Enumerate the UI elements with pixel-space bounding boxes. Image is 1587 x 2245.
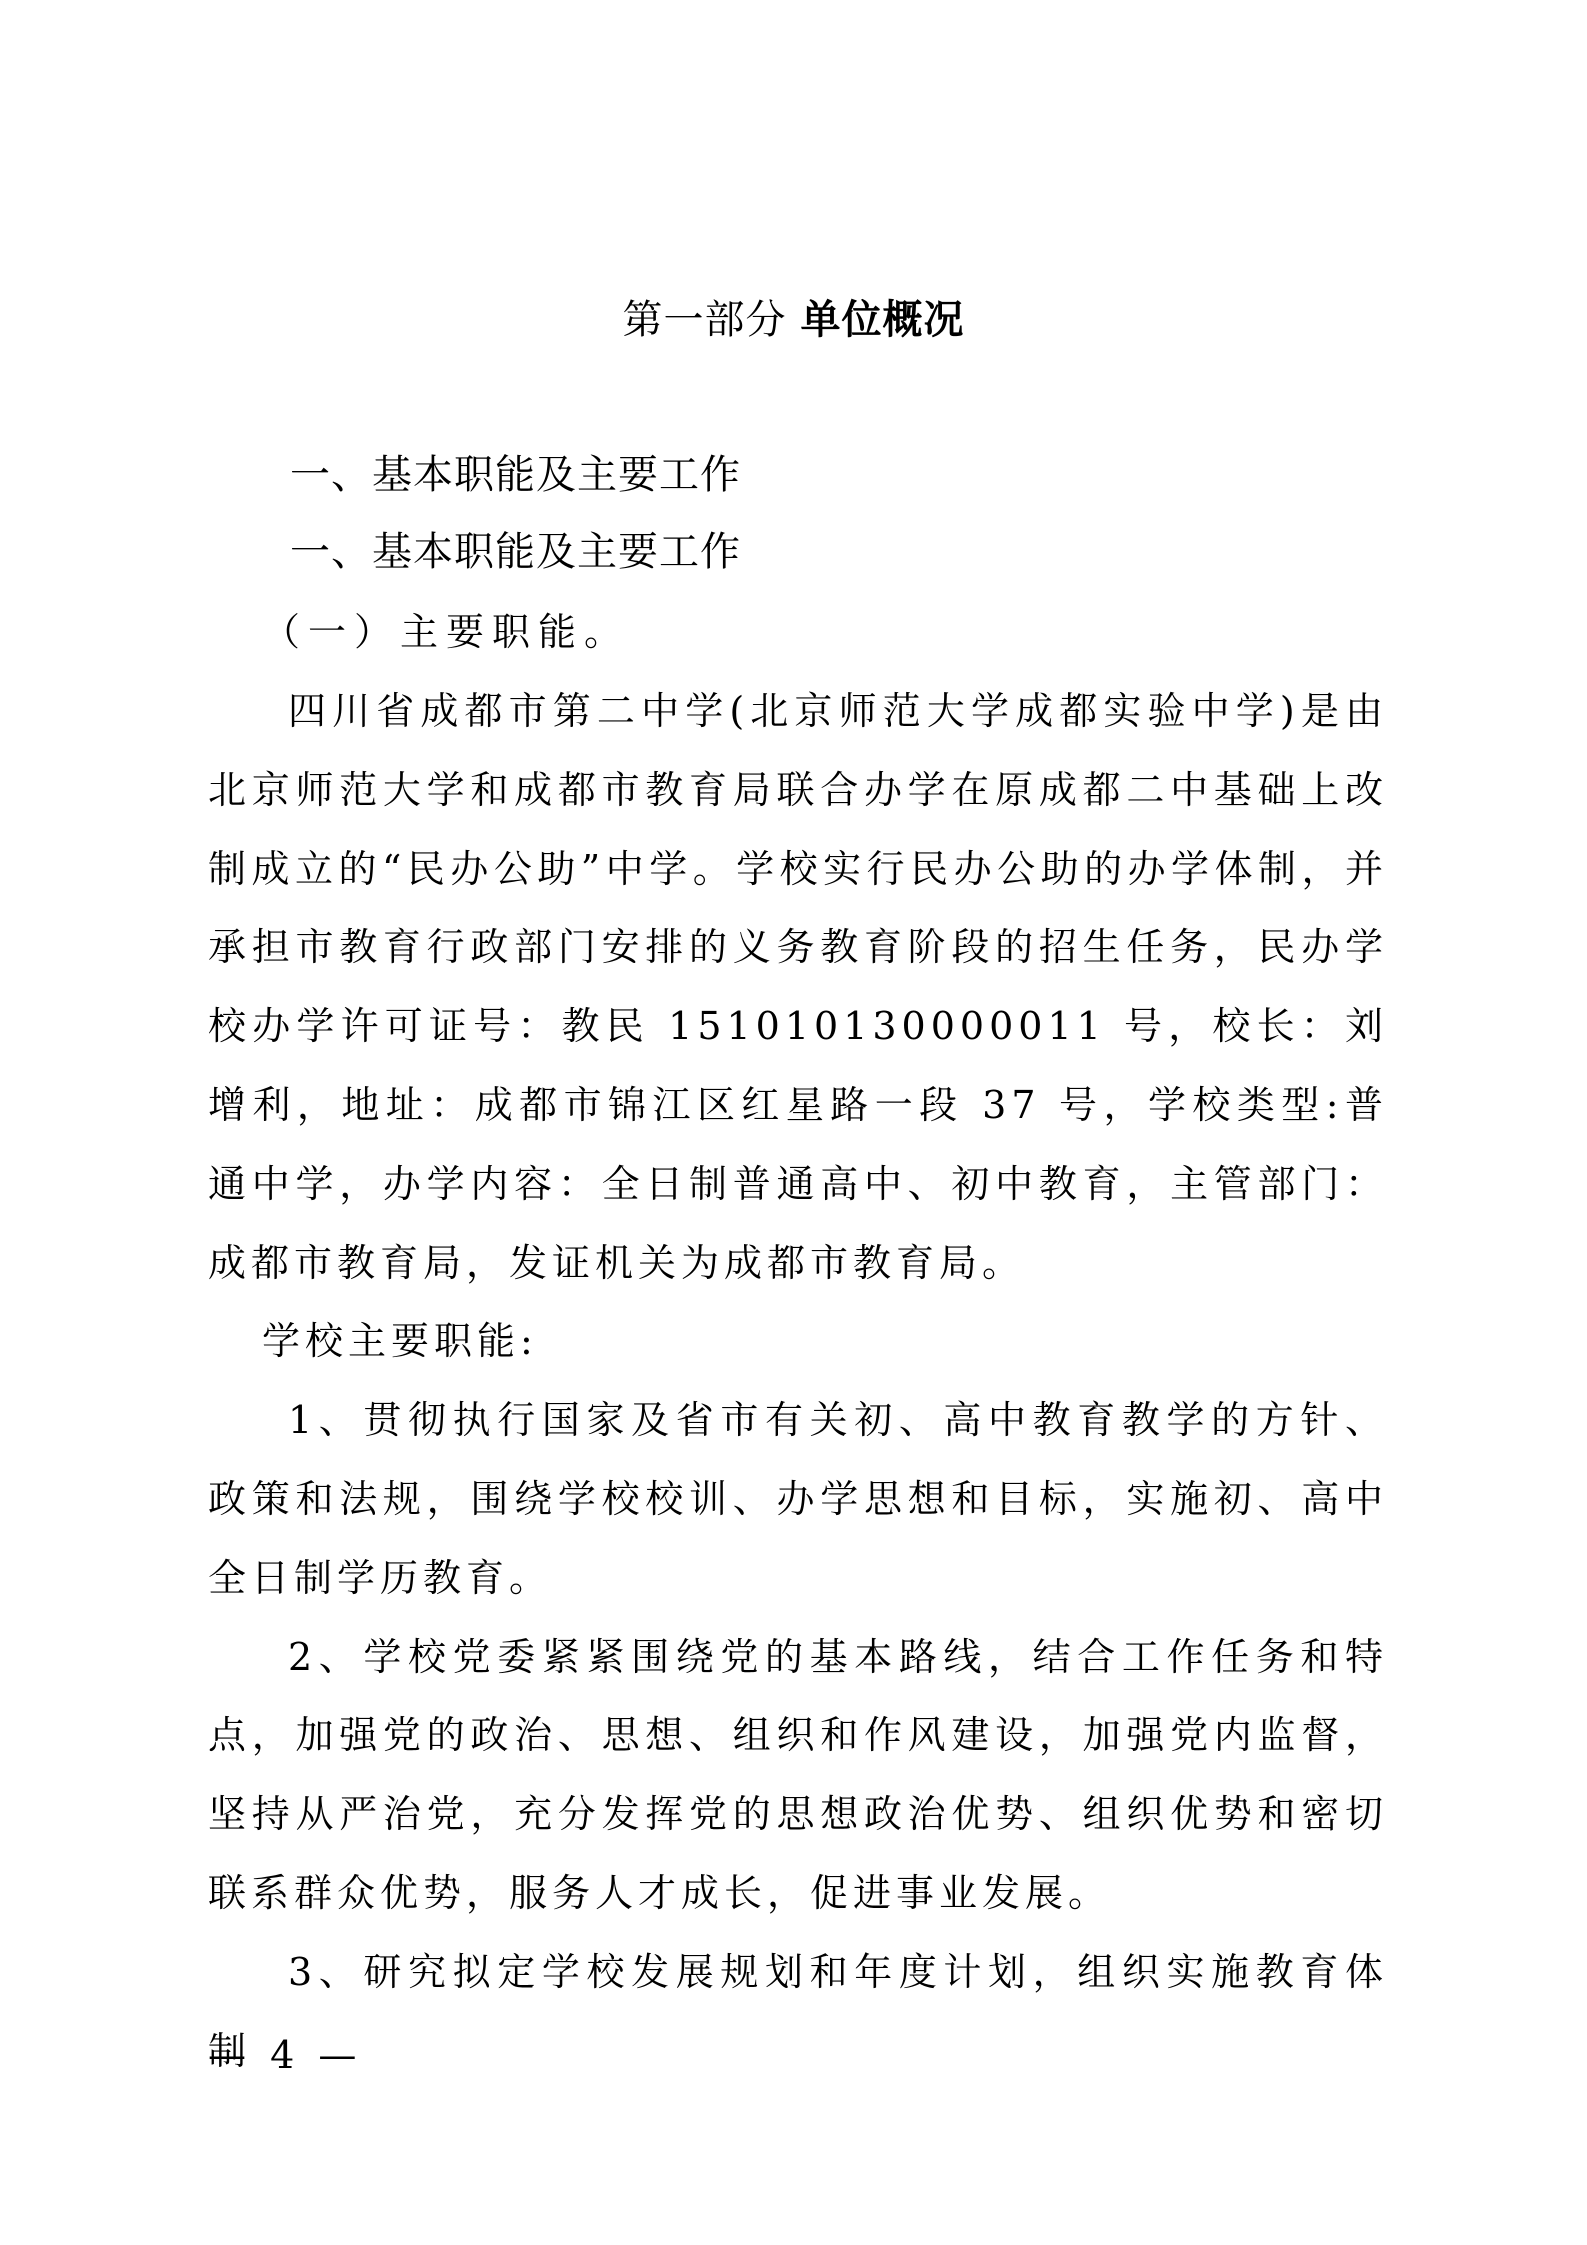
page-number: — 4 — [208,2025,362,2085]
section-heading-1: 一、基本职能及主要工作 [290,445,741,505]
part-title-main: 单位概况 [801,297,965,343]
paragraph-school-intro: 四川省成都市第二中学(北京师范大学成都实验中学)是由北京师范大学和成都市教育局联… [208,672,1388,1302]
body-text: 四川省成都市第二中学(北京师范大学成都实验中学)是由北京师范大学和成都市教育局联… [208,672,1388,2090]
paragraph-function-2: 2、学校党委紧紧围绕党的基本路线，结合工作任务和特点，加强党的政治、思想、组织和… [208,1618,1388,1933]
paragraph-function-3: 3、研究拟定学校发展规划和年度计划，组织实施教育体制 [208,1933,1388,2091]
document-page: 第一部分单位概况 一、基本职能及主要工作 一、基本职能及主要工作 （一）主要职能… [0,0,1587,2245]
paragraph-functions-label: 学校主要职能: [208,1302,1388,1381]
paragraph-function-1: 1、贯彻执行国家及省市有关初、高中教育教学的方针、政策和法规，围绕学校校训、办学… [208,1381,1388,1617]
subheading-main-functions: （一）主要职能。 [262,602,630,662]
part-title: 第一部分单位概况 [0,290,1587,350]
part-title-prefix: 第一部分 [623,297,787,343]
section-heading-2: 一、基本职能及主要工作 [290,522,741,582]
